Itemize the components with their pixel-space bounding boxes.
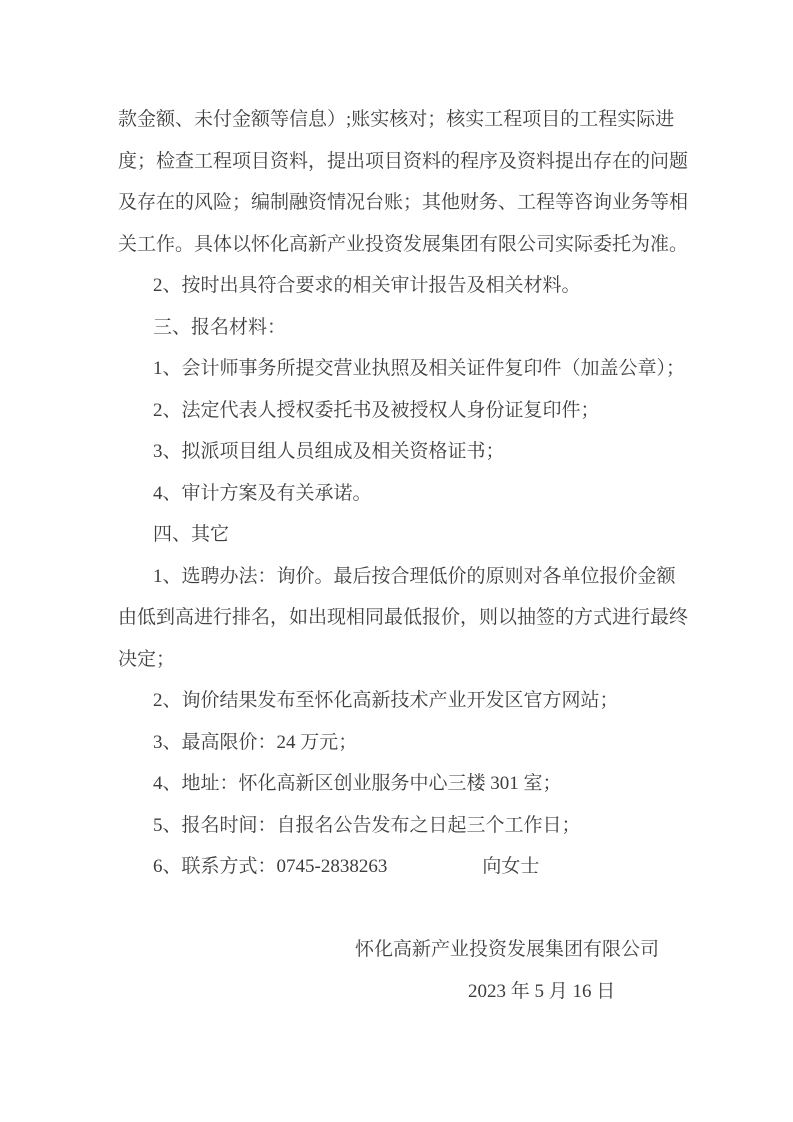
- other-item-6-contact: 6、联系方式：0745-2838263 向女士: [118, 846, 688, 888]
- document-body: 款金额、未付金额等信息）;账实核对；核实工程项目的工程实际进 度；检查工程项目资…: [118, 99, 688, 1012]
- material-item-2: 2、法定代表人授权委托书及被授权人身份证复印件；: [118, 390, 688, 432]
- other-item-1-line-2: 由低到高进行排名，如出现相同最低报价，则以抽签的方式进行最终: [118, 597, 688, 639]
- duty-item-2: 2、按时出具符合要求的相关审计报告及相关材料。: [118, 265, 688, 307]
- signature-date: 2023 年 5 月 16 日: [468, 971, 688, 1013]
- section-heading-other: 四、其它: [118, 514, 688, 556]
- material-item-4: 4、审计方案及有关承诺。: [118, 473, 688, 515]
- other-item-3-max-price: 3、最高限价：24 万元；: [118, 722, 688, 764]
- other-item-1-line-3: 决定；: [118, 639, 688, 681]
- material-item-3: 3、拟派项目组人员组成及相关资格证书；: [118, 431, 688, 473]
- scope-continuation-line-4: 关工作。具体以怀化高新产业投资发展集团有限公司实际委托为准。: [118, 224, 688, 266]
- other-item-5-signup-time: 5、报名时间：自报名公告发布之日起三个工作日；: [118, 805, 688, 847]
- document-page: 款金额、未付金额等信息）;账实核对；核实工程项目的工程实际进 度；检查工程项目资…: [0, 0, 793, 1122]
- other-item-4-address: 4、地址：怀化高新区创业服务中心三楼 301 室；: [118, 763, 688, 805]
- scope-continuation-line-1: 款金额、未付金额等信息）;账实核对；核实工程项目的工程实际进: [118, 99, 688, 141]
- signature-company: 怀化高新产业投资发展集团有限公司: [355, 929, 688, 971]
- scope-continuation-line-3: 及存在的风险；编制融资情况台账；其他财务、工程等咨询业务等相: [118, 182, 688, 224]
- scope-continuation-line-2: 度；检查工程项目资料，提出项目资料的程序及资料提出存在的问题: [118, 141, 688, 183]
- other-item-2-result-site: 2、询价结果发布至怀化高新技术产业开发区官方网站；: [118, 680, 688, 722]
- section-heading-materials: 三、报名材料：: [118, 307, 688, 349]
- other-item-1-line-1: 1、选聘办法：询价。最后按合理低价的原则对各单位报价金额: [118, 556, 688, 598]
- material-item-1: 1、会计师事务所提交营业执照及相关证件复印件（加盖公章）；: [118, 348, 688, 390]
- blank-line: [118, 888, 688, 930]
